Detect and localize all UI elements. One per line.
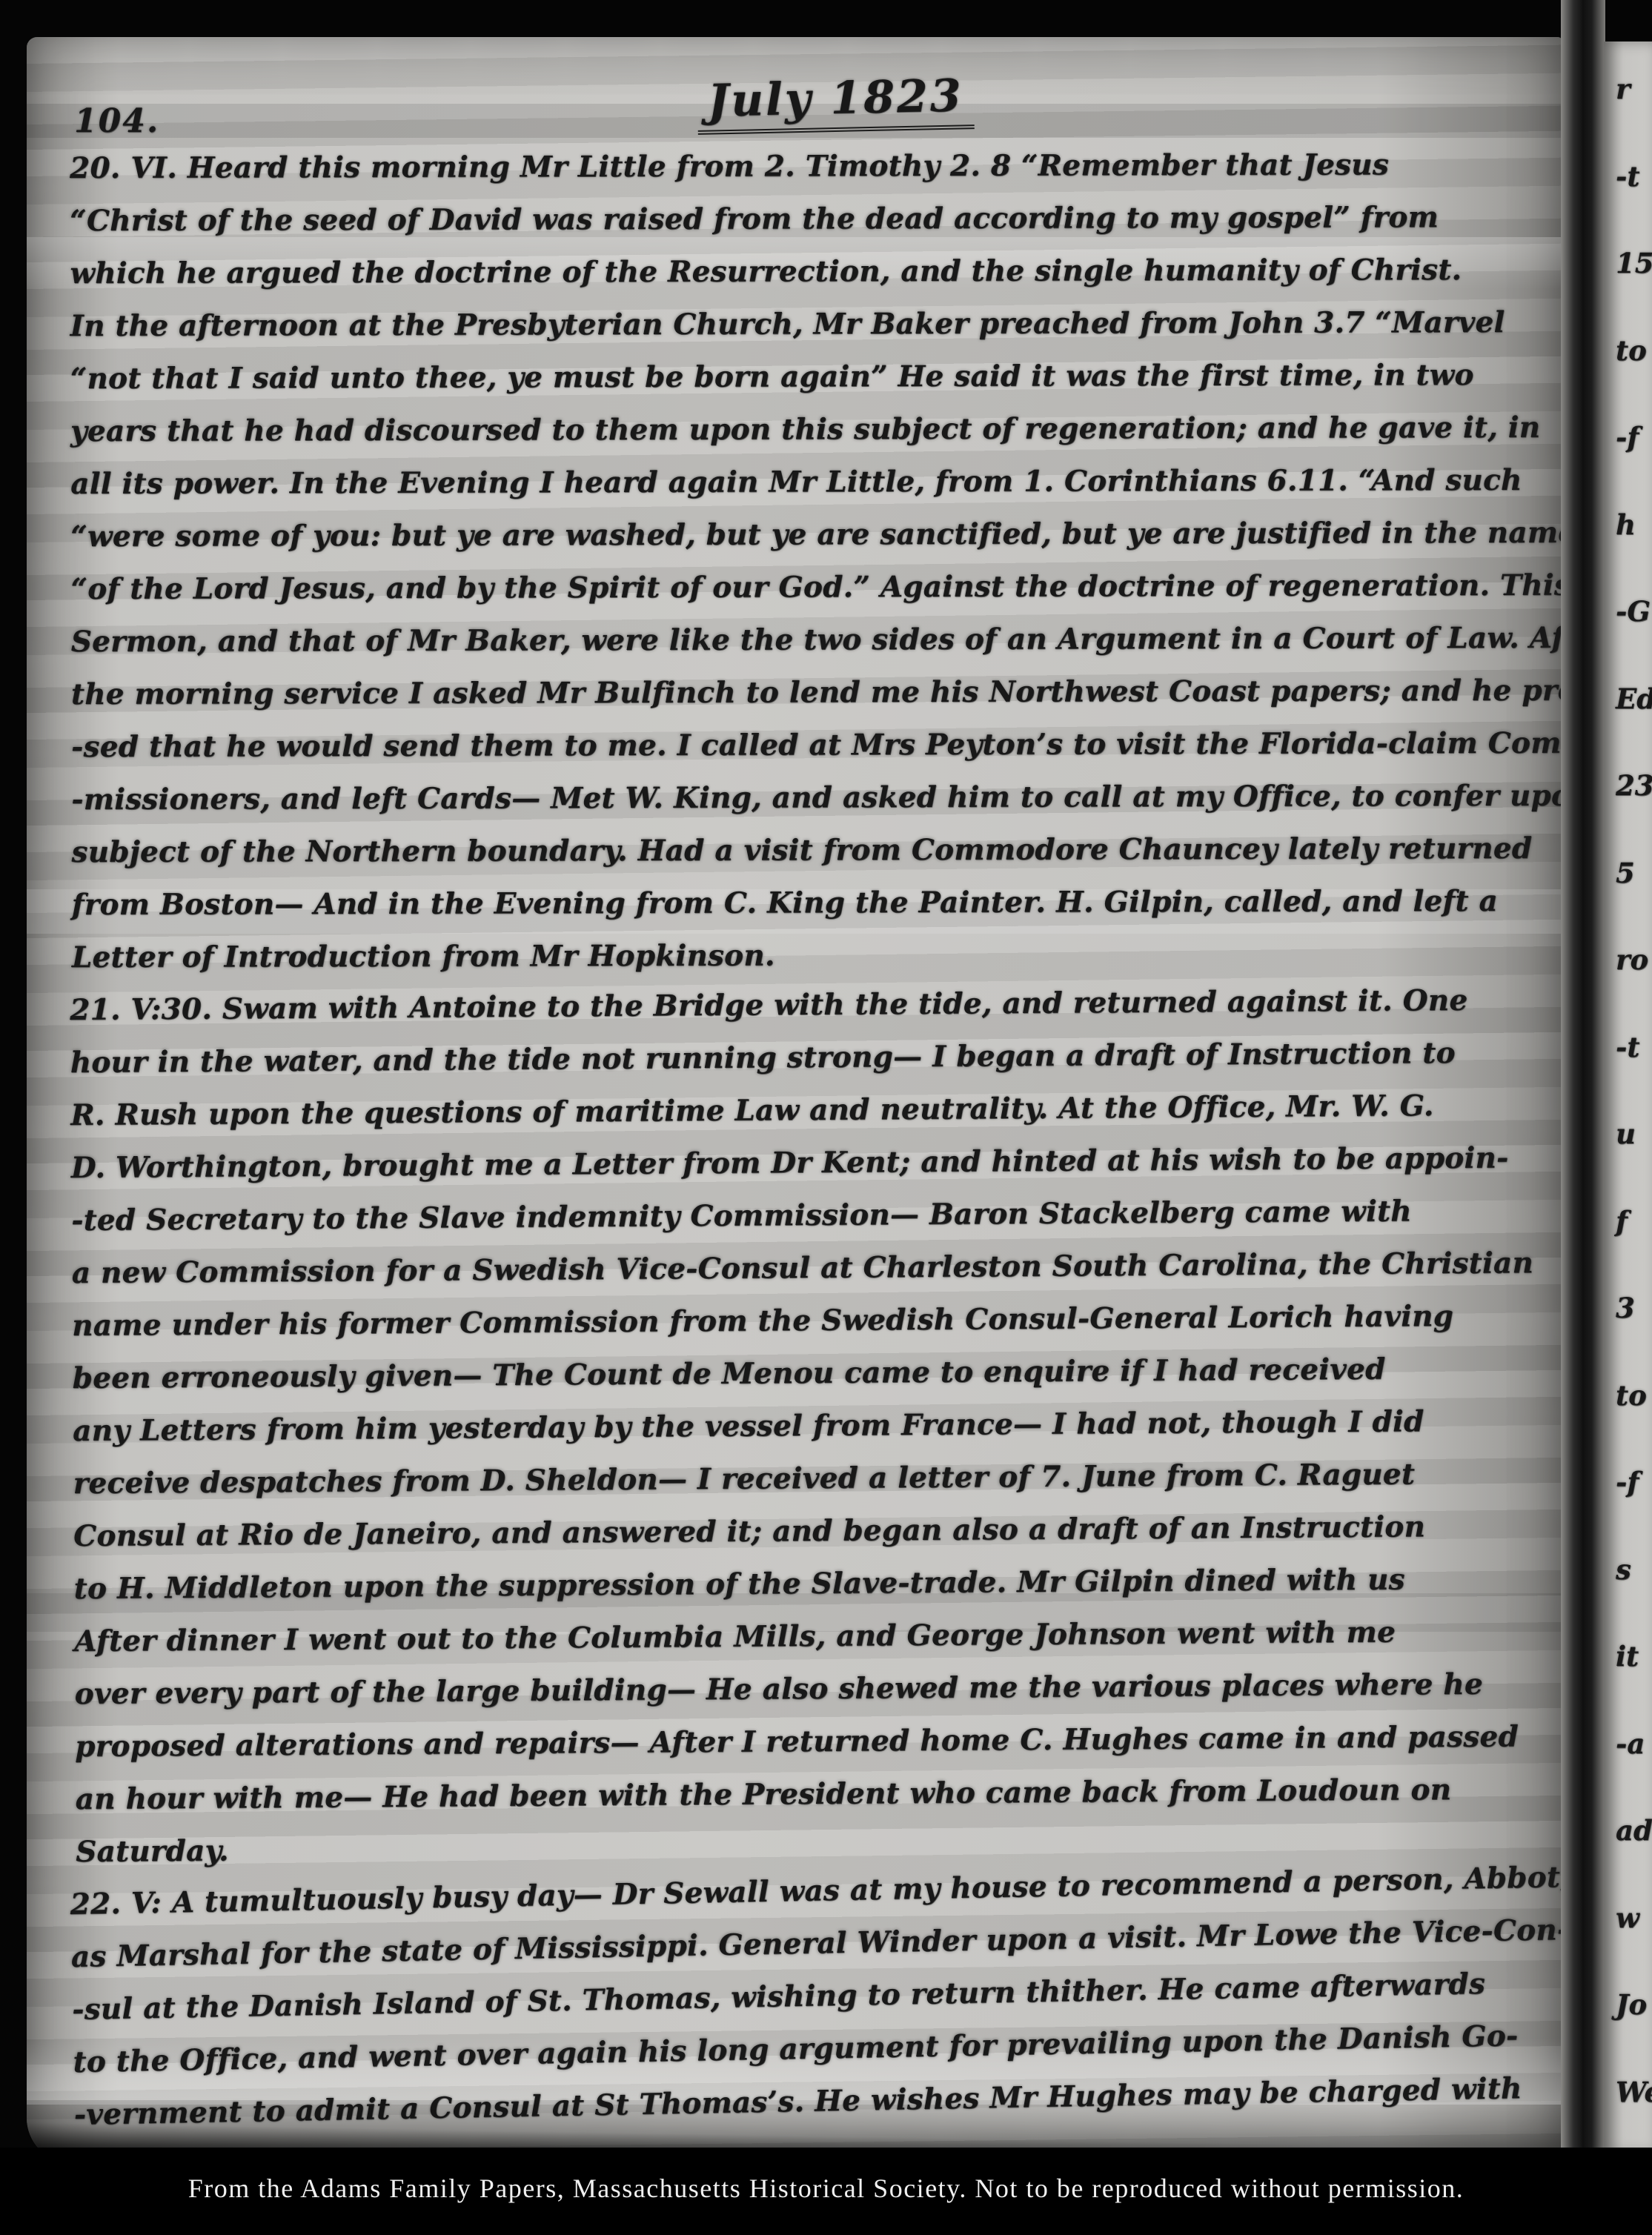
- facing-page-text-fragment: 3: [1616, 1295, 1652, 1322]
- facing-page-text-fragment: ro: [1616, 946, 1652, 974]
- facing-page-text-fragment: it: [1616, 1643, 1652, 1670]
- manuscript-line: which he argued the doctrine of the Resu…: [70, 244, 1548, 300]
- facing-page-text-fragment: ad: [1616, 1817, 1652, 1844]
- binding-gutter: [1561, 0, 1605, 2194]
- facing-page-text-fragment: to: [1616, 1382, 1652, 1409]
- manuscript-line: “not that I said unto thee, ye must be b…: [70, 349, 1549, 405]
- facing-page-text-fragment: -f: [1616, 424, 1652, 451]
- manuscript-line: -sed that he would send them to me. I ca…: [71, 717, 1550, 774]
- facing-page-text-fragment: 5: [1616, 860, 1652, 887]
- facing-page-sliver: r -t 15 to -f h -G Ed 23 5 ro -t u f 3 t…: [1604, 41, 1652, 2153]
- manuscript-line: an hour with me— He had been with the Pr…: [75, 1763, 1553, 1826]
- manuscript-line: “of the Lord Jesus, and by the Spirit of…: [70, 559, 1549, 616]
- manuscript-line: 20. VI. Heard this morning Mr Little fro…: [70, 139, 1548, 195]
- facing-page-text-fragment: 23: [1616, 772, 1652, 800]
- manuscript-line: “Christ of the seed of David was raised …: [70, 191, 1548, 248]
- manuscript-line: Sermon, and that of Mr Baker, were like …: [71, 612, 1550, 668]
- scanned-diary-photo: 104. July 1823 20. VI. Heard this mornin…: [0, 0, 1652, 2235]
- manuscript-line: “were some of you: but ye are washed, bu…: [70, 507, 1549, 563]
- facing-page-text-fragment: w: [1616, 1904, 1652, 1932]
- manuscript-line: the morning service I asked Mr Bulfinch …: [71, 665, 1550, 721]
- facing-page-text-fragment: 15: [1616, 250, 1652, 277]
- facing-page-text-fragment: -G: [1616, 598, 1652, 625]
- facing-page-text-fragment: -a: [1616, 1730, 1652, 1758]
- manuscript-line: -missioners, and left Cards— Met W. King…: [71, 770, 1550, 826]
- manuscript-line: from Boston— And in the Evening from C. …: [72, 875, 1550, 931]
- diary-entry-july-21: 21. V:30. Swam with Antoine to the Bridg…: [70, 974, 1554, 1879]
- facing-page-text-fragment: h: [1616, 511, 1652, 539]
- date-heading: July 1823: [697, 70, 974, 135]
- facing-page-text-fragment: f: [1616, 1208, 1652, 1235]
- facing-page-text-fragment: -f: [1616, 1469, 1652, 1496]
- facing-page-text-fragment: u: [1616, 1120, 1652, 1148]
- facing-page-text-fragment: We: [1616, 2079, 1652, 2106]
- facing-page-text-fragment: r: [1616, 76, 1652, 103]
- manuscript-line: years that he had discoursed to them upo…: [70, 402, 1549, 458]
- diary-entry-july-20: 20. VI. Heard this morning Mr Little fro…: [70, 139, 1550, 984]
- facing-page-text-fragment: Jo: [1616, 1991, 1652, 2019]
- page-number: 104.: [74, 102, 159, 140]
- facing-page-text-fragment: -t: [1616, 1034, 1652, 1061]
- facing-page-text-fragment: to: [1616, 337, 1652, 365]
- diary-entry-july-22: 22. V: A tumultuously busy day— Dr Sewal…: [70, 1851, 1553, 2141]
- facing-page-text-fragment: Ed: [1616, 685, 1652, 713]
- manuscript-line: subject of the Northern boundary. Had a …: [71, 823, 1550, 879]
- manuscript-line: In the afternoon at the Presbyterian Chu…: [70, 296, 1549, 353]
- caption-text: From the Adams Family Papers, Massachuse…: [0, 2173, 1652, 2204]
- diary-page: 104. July 1823 20. VI. Heard this mornin…: [27, 37, 1562, 2162]
- manuscript-text: 20. VI. Heard this morning Mr Little fro…: [70, 142, 1548, 2142]
- caption-bar: From the Adams Family Papers, Massachuse…: [0, 2148, 1652, 2235]
- manuscript-line: all its power. In the Evening I heard ag…: [70, 454, 1549, 511]
- facing-page-text-fragment: -t: [1616, 163, 1652, 190]
- facing-page-text-fragment: s: [1616, 1556, 1652, 1584]
